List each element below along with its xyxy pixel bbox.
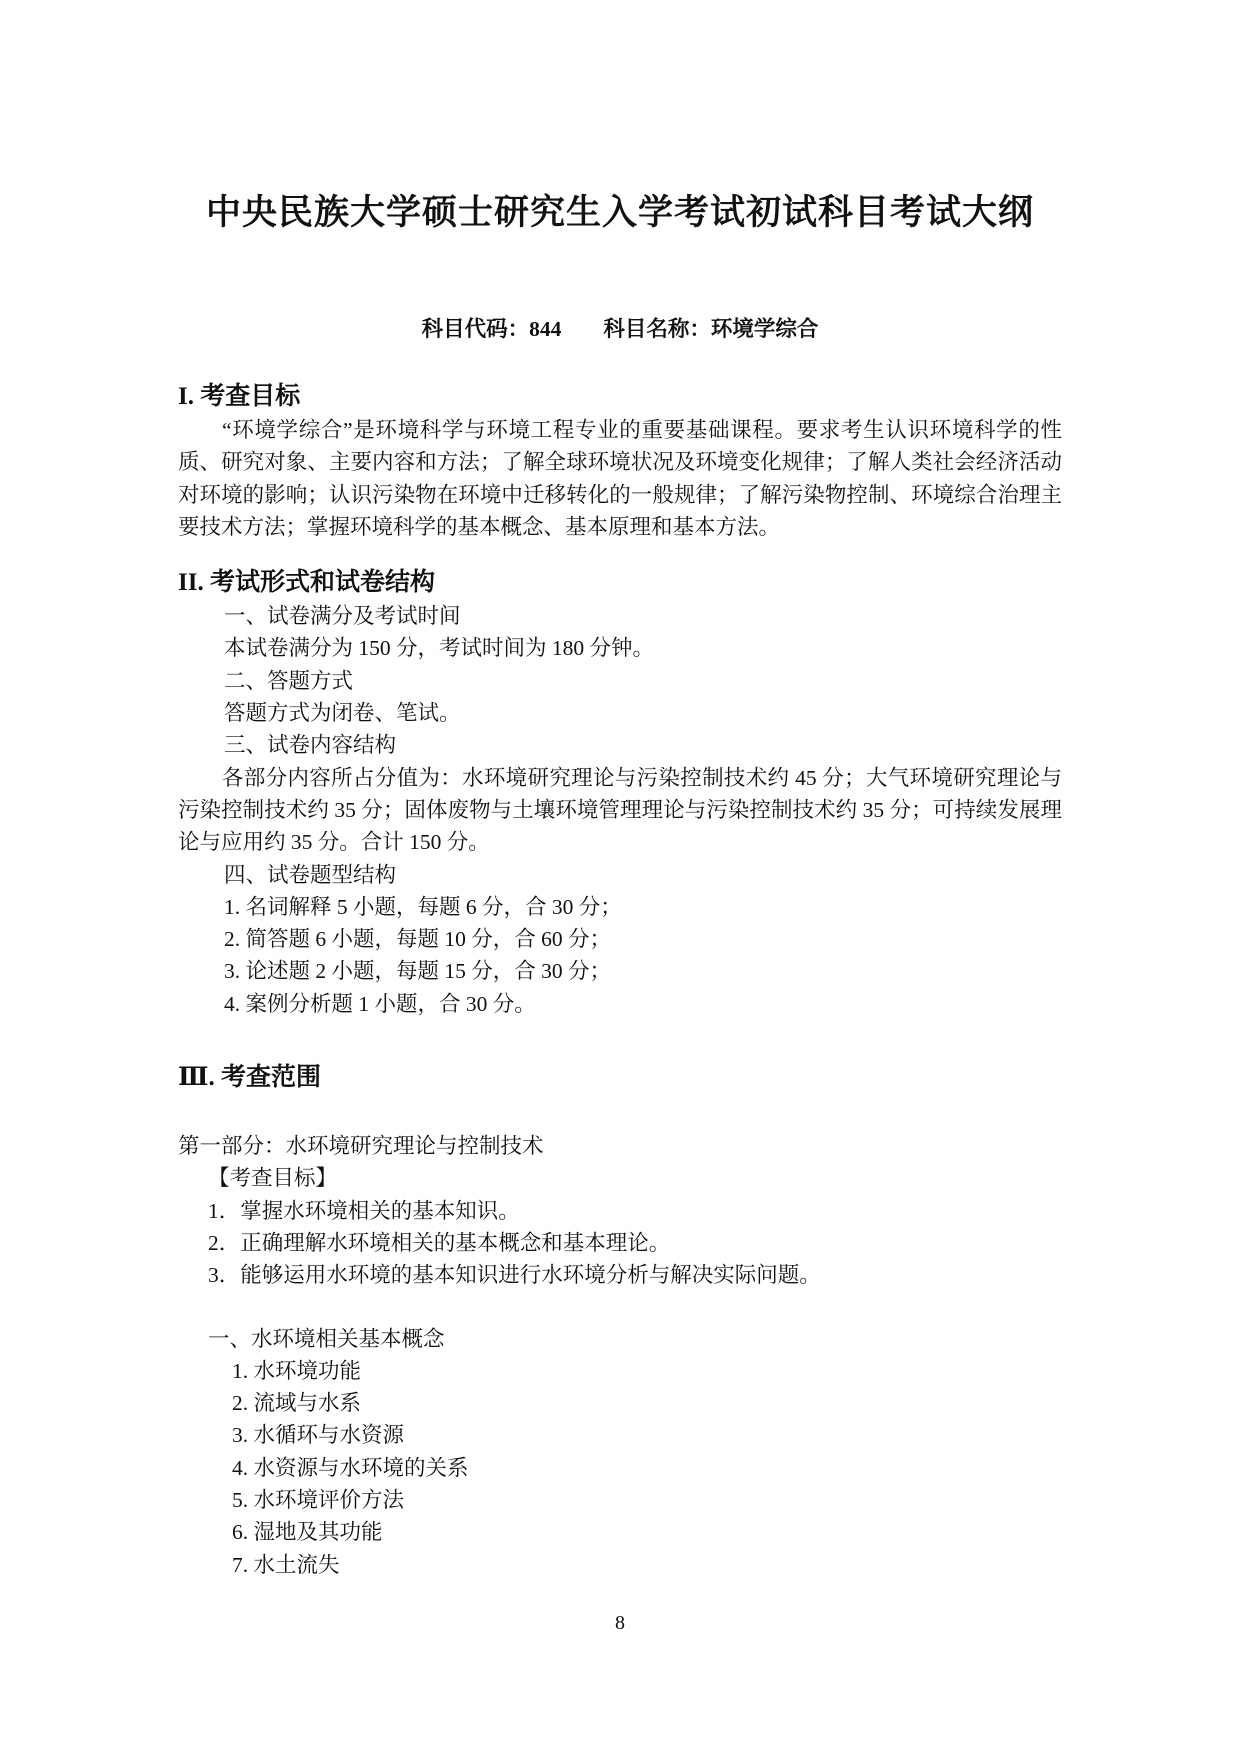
goal-item: 2．正确理解水环境相关的基本概念和基本理论。 bbox=[178, 1227, 1062, 1259]
subject-code: 844 bbox=[529, 317, 561, 341]
section2-item2-text: 答题方式为闭卷、笔试。 bbox=[178, 697, 1062, 729]
question-type-item: 4. 案例分析题 1 小题，合 30 分。 bbox=[178, 988, 1062, 1020]
topic1-item: 2. 流域与水系 bbox=[178, 1387, 1062, 1419]
section2-item4-title: 四、试卷题型结构 bbox=[178, 859, 1062, 891]
section1-paragraph: “环境学综合”是环境科学与环境工程专业的重要基础课程。要求考生认识环境科学的性质… bbox=[178, 414, 1062, 543]
topic1-item: 6. 湿地及其功能 bbox=[178, 1516, 1062, 1548]
topic1-item: 3. 水循环与水资源 bbox=[178, 1419, 1062, 1451]
subject-name: 环境学综合 bbox=[711, 317, 819, 341]
goal-item: 3．能够运用水环境的基本知识进行水环境分析与解决实际问题。 bbox=[178, 1259, 1062, 1291]
goals-label: 【考查目标】 bbox=[178, 1162, 1062, 1194]
section2-item2-title: 二、答题方式 bbox=[178, 665, 1062, 697]
subject-name-label: 科目名称： bbox=[603, 317, 711, 341]
section1-heading: I. 考查目标 bbox=[178, 380, 1062, 414]
topic1-item: 5. 水环境评价方法 bbox=[178, 1484, 1062, 1516]
document-title: 中央民族大学硕士研究生入学考试初试科目考试大纲 bbox=[178, 186, 1062, 240]
section2-heading: II. 考试形式和试卷结构 bbox=[178, 566, 1062, 600]
question-type-item: 3. 论述题 2 小题，每题 15 分，合 30 分； bbox=[178, 955, 1062, 987]
topic1-title: 一、水环境相关基本概念 bbox=[178, 1323, 1062, 1355]
topic1-item: 1. 水环境功能 bbox=[178, 1355, 1062, 1387]
question-type-item: 1. 名词解释 5 小题，每题 6 分，合 30 分； bbox=[178, 891, 1062, 923]
topic1-item: 4. 水资源与水环境的关系 bbox=[178, 1452, 1062, 1484]
subject-code-label: 科目代码： bbox=[422, 317, 530, 341]
part1-title: 第一部分：水环境研究理论与控制技术 bbox=[178, 1130, 1062, 1162]
topic1-item: 7. 水土流失 bbox=[178, 1549, 1062, 1581]
page-number: 8 bbox=[178, 1608, 1062, 1638]
question-type-item: 2. 简答题 6 小题，每题 10 分，合 60 分； bbox=[178, 923, 1062, 955]
section3-heading: Ⅲ. 考查范围 bbox=[178, 1061, 1062, 1095]
subject-line: 科目代码：844科目名称：环境学综合 bbox=[178, 314, 1062, 344]
section2-item3-title: 三、试卷内容结构 bbox=[178, 729, 1062, 761]
section2-item3-text: 各部分内容所占分值为：水环境研究理论与污染控制技术约 45 分；大气环境研究理论… bbox=[178, 762, 1062, 859]
section2-item1-title: 一、试卷满分及考试时间 bbox=[178, 600, 1062, 632]
goal-item: 1．掌握水环境相关的基本知识。 bbox=[178, 1195, 1062, 1227]
section2-item1-text: 本试卷满分为 150 分，考试时间为 180 分钟。 bbox=[178, 632, 1062, 664]
document-page: 中央民族大学硕士研究生入学考试初试科目考试大纲 科目代码：844科目名称：环境学… bbox=[0, 0, 1240, 1754]
